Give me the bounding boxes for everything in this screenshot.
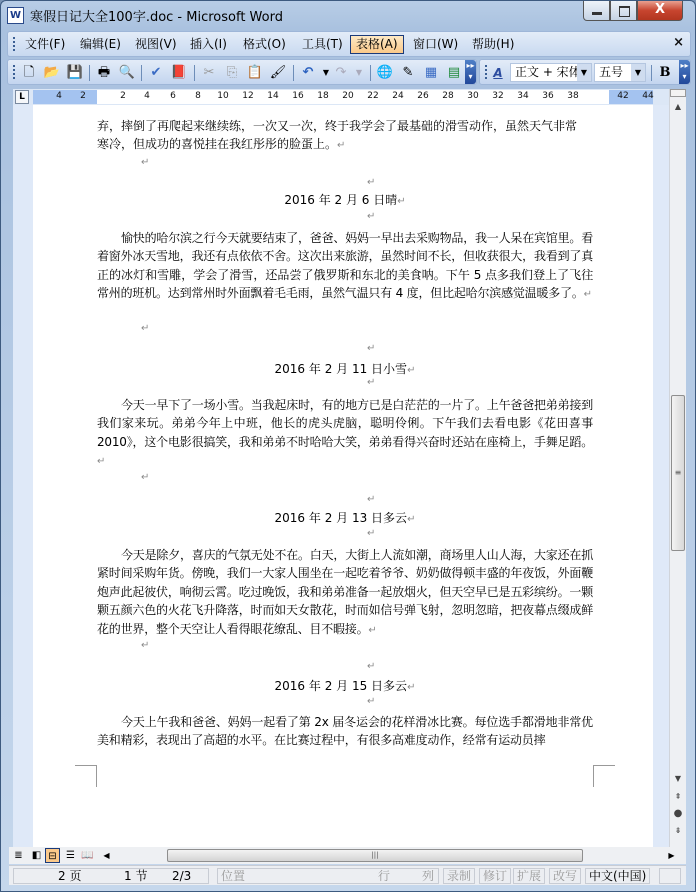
line-label: 行 (378, 869, 390, 883)
status-page-section: 2 页 1 节 2/3 (13, 868, 209, 884)
save-icon[interactable]: 💾 (66, 64, 84, 82)
menu-help[interactable]: 帮助(H) (467, 35, 519, 54)
paragraph-mark: ↵ (367, 377, 375, 388)
formatting-toolbar: A 正文 + 宋体 ▼ 五号 ▼ B ▸▸▾ (479, 59, 691, 85)
diary-paragraph: 今天是除夕，喜庆的气氛无处不在。白天，大街上人流如潮，商场里人山人海，大家还在抓… (97, 546, 593, 640)
vertical-scrollbar[interactable]: ▲ ≡ ▼ ⇞ ● ⇟ (669, 89, 686, 847)
horizontal-scrollbar[interactable]: ||| (159, 849, 669, 862)
undo-icon[interactable]: ↶ (299, 64, 317, 82)
paragraph-mark: ↵ (367, 177, 375, 188)
format-painter-icon[interactable]: 🖌 (269, 64, 287, 82)
chevron-down-icon[interactable]: ▼ (631, 64, 645, 81)
paste-icon[interactable]: 📋 (246, 64, 264, 82)
status-record[interactable]: 录制 (443, 868, 475, 884)
ruler-number: 28 (442, 91, 453, 101)
ruler-number: 24 (392, 91, 403, 101)
style-combo[interactable]: 正文 + 宋体 ▼ (510, 63, 592, 82)
standard-toolbar: 🗋 📂 💾 🖶 🔍 ✔ 📕 ✂ ⎘ 📋 🖌 ↶ ▼ ↷ ▼ 🌐 ✎ ▦ ▤ ▸▸… (7, 59, 477, 85)
minimize-button[interactable] (583, 1, 610, 21)
paragraph-mark: ↵ (407, 514, 415, 525)
diary-date-heading: 2016 年 2 月 15 日多云↵ (97, 677, 593, 697)
ruler-number: 26 (417, 91, 428, 101)
heading-text: 2016 年 2 月 13 日多云 (275, 511, 408, 525)
print-preview-icon[interactable]: 🔍 (118, 64, 136, 82)
ruler-number: 2 (120, 91, 126, 101)
paragraph-mark: ↵ (141, 640, 149, 651)
status-section: 1 节 (124, 869, 147, 883)
ruler-number: 14 (267, 91, 278, 101)
bold-button[interactable]: B (656, 64, 674, 82)
toolbar-separator (89, 65, 90, 81)
insert-excel-icon[interactable]: ▤ (445, 64, 463, 82)
chevron-down-icon[interactable]: ▼ (577, 64, 591, 81)
scrollbar-thumb[interactable]: ≡ (671, 395, 685, 551)
paragraph-mark: ↵ (397, 196, 405, 207)
ruler-number: 22 (367, 91, 378, 101)
browse-object-icon[interactable]: ● (670, 806, 686, 822)
document-area: 弃，摔倒了再爬起来继续练，一次又一次，终于我学会了最基础的滑雪动作，虽然天气非常… (13, 105, 669, 847)
paragraph-mark: ↵ (337, 140, 345, 151)
scroll-down-icon[interactable]: ▼ (670, 771, 686, 787)
ruler-number: 16 (292, 91, 303, 101)
ruler-number: 18 (317, 91, 328, 101)
horizontal-scroll-row: ≣ ◧ ⊟ ☰ 📖 ◀ ||| ▶ (9, 847, 686, 864)
toolbar-options-icon[interactable]: ▸▸▾ (465, 60, 476, 84)
paragraph-continuation: 弃，摔倒了再爬起来继续练，一次又一次，终于我学会了最基础的滑雪动作，虽然天气非常… (97, 117, 593, 156)
ruler-number: 20 (342, 91, 353, 101)
toolbar-separator (141, 65, 142, 81)
split-box[interactable] (670, 89, 686, 97)
ruler-number: 2 (80, 91, 86, 101)
diary-paragraph: 今天上午我和爸爸、妈妈一起看了第 2x 届冬运会的花样滑冰比赛。每位选手都滑地非… (97, 713, 593, 750)
font-size-value: 五号 (599, 65, 623, 79)
paragraph-mark: ↵ (367, 343, 375, 354)
open-folder-icon[interactable]: 📂 (43, 64, 61, 82)
scroll-up-icon[interactable]: ▲ (670, 99, 686, 115)
print-layout-view-icon[interactable]: ⊟ (45, 848, 60, 863)
title-bar: W 寒假日记大全100字.doc - Microsoft Word X (1, 1, 695, 31)
next-page-icon[interactable]: ⇟ (670, 823, 686, 839)
print-icon[interactable]: 🖶 (95, 64, 113, 82)
spelling-check-icon[interactable]: ✔ (147, 64, 165, 82)
paragraph-mark: ↵ (368, 625, 376, 636)
diary-paragraph: 愉快的哈尔滨之行今天就要结束了，爸爸、妈妈一早出去采购物品，我一人呆在宾馆里。看… (97, 229, 593, 305)
scrollbar-thumb[interactable]: ||| (167, 849, 583, 862)
diary-paragraph: 今天一早下了一场小雪。当我起床时，有的地方已是白茫茫的一片了。上午爸爸把弟弟接到… (97, 396, 593, 472)
styles-icon[interactable]: A (489, 64, 507, 82)
paragraph-mark: ↵ (367, 211, 375, 222)
paragraph-mark: ↵ (367, 528, 375, 539)
ruler-track[interactable]: 4 2 2 4 6 8 10 12 14 16 18 20 22 24 26 2… (33, 90, 653, 104)
paragraph-mark: ↵ (584, 289, 592, 300)
paragraph-mark: ↵ (141, 323, 149, 334)
paragraph-text: 今天一早下了一场小雪。当我起床时，有的地方已是白茫茫的一片了。上午爸爸把弟弟接到… (97, 398, 593, 449)
heading-text: 2016 年 2 月 15 日多云 (275, 679, 408, 693)
paragraph-mark: ↵ (97, 456, 105, 467)
menu-edit[interactable]: 编辑(E) (75, 35, 126, 54)
ruler-number: 4 (56, 91, 62, 101)
insert-table-icon[interactable]: ▦ (422, 64, 440, 82)
status-overtype[interactable]: 改写 (549, 868, 581, 884)
ruler-number: 34 (517, 91, 528, 101)
document-close-button[interactable]: × (673, 35, 684, 50)
heading-text: 2016 年 2 月 11 日小雪 (275, 362, 408, 376)
paragraph-mark: ↵ (407, 682, 415, 693)
status-page: 2 页 (58, 869, 81, 883)
new-document-icon[interactable]: 🗋 (20, 64, 38, 82)
toolbar-separator (293, 65, 294, 81)
toolbar-grip[interactable] (13, 37, 15, 53)
toolbar-grip[interactable] (13, 65, 15, 81)
paragraph-mark: ↵ (141, 157, 149, 168)
menu-insert[interactable]: 插入(I) (185, 35, 232, 54)
paragraph-mark: ↵ (367, 494, 375, 505)
research-icon[interactable]: 📕 (170, 64, 188, 82)
font-size-combo[interactable]: 五号 ▼ (594, 63, 646, 82)
ruler-number: 44 (642, 91, 653, 101)
ruler-number: 32 (492, 91, 503, 101)
paragraph-text: 今天是除夕，喜庆的气氛无处不在。白天，大街上人流如潮，商场里人山人海，大家还在抓… (97, 548, 593, 636)
style-value: 正文 + 宋体 (515, 65, 581, 79)
copy-icon[interactable]: ⎘ (223, 64, 241, 82)
ruler-number: 4 (144, 91, 150, 101)
redo-icon[interactable]: ↷ (332, 64, 350, 82)
toolbar-grip[interactable] (485, 65, 487, 81)
tables-borders-icon[interactable]: ✎ (399, 64, 417, 82)
text-line: 弃，摔倒了再爬起来继续练，一次又一次，终于我学会了最基础的滑雪动作，虽然天气非常 (97, 117, 593, 135)
menu-table[interactable]: 表格(A) (350, 35, 404, 54)
menu-tools[interactable]: 工具(T) (297, 35, 348, 54)
scroll-right-icon[interactable]: ▶ (664, 848, 679, 863)
status-extend[interactable]: 扩展 (513, 868, 545, 884)
reading-layout-view-icon[interactable]: 📖 (80, 848, 95, 863)
horizontal-ruler: L 4 2 2 4 6 8 10 12 14 16 18 20 22 24 26… (13, 89, 669, 105)
menu-bar: 文件(F) 编辑(E) 视图(V) 插入(I) 格式(O) 工具(T) 表格(A… (7, 31, 691, 57)
diary-date-heading: 2016 年 2 月 13 日多云↵ (97, 509, 593, 529)
menu-view[interactable]: 视图(V) (130, 35, 182, 54)
column-label: 列 (422, 869, 434, 883)
cut-icon[interactable]: ✂ (200, 64, 218, 82)
diary-date-heading: 2016 年 2 月 6 日晴↵ (97, 191, 593, 211)
word-icon[interactable]: W (7, 7, 24, 24)
outline-view-icon[interactable]: ☰ (63, 848, 78, 863)
tab-selector[interactable]: L (15, 90, 29, 104)
ruler-number: 36 (542, 91, 553, 101)
status-position: 位置 行 列 (217, 868, 439, 884)
hyperlink-icon[interactable]: 🌐 (376, 64, 394, 82)
ruler-number: 12 (242, 91, 253, 101)
ruler-number: 6 (170, 91, 176, 101)
resize-grip[interactable] (659, 868, 681, 884)
paragraph-mark: ↵ (367, 661, 375, 672)
paragraph-text: 愉快的哈尔滨之行今天就要结束了，爸爸、妈妈一早出去采购物品，我一人呆在宾馆里。看… (97, 231, 593, 300)
close-button[interactable]: X (637, 1, 683, 21)
ruler-number: 30 (467, 91, 478, 101)
paragraph-text: 今天上午我和爸爸、妈妈一起看了第 2x 届冬运会的花样滑冰比赛。每位选手都滑地非… (97, 715, 593, 747)
word-window: W 寒假日记大全100字.doc - Microsoft Word X 文件(F… (0, 0, 696, 892)
menu-window[interactable]: 窗口(W) (408, 35, 463, 54)
scroll-left-icon[interactable]: ◀ (99, 848, 114, 863)
menu-file[interactable]: 文件(F) (20, 35, 70, 54)
position-label: 位置 (221, 869, 245, 883)
status-language[interactable]: 中文(中国) (585, 868, 650, 884)
normal-view-icon[interactable]: ≣ (11, 848, 26, 863)
previous-page-icon[interactable]: ⇞ (670, 789, 686, 805)
page-margin-corner (75, 765, 97, 787)
ruler-number: 8 (195, 91, 201, 101)
toolbar-separator (370, 65, 371, 81)
toolbar-options-icon[interactable]: ▸▸▾ (679, 60, 690, 84)
menu-format[interactable]: 格式(O) (238, 35, 291, 54)
document-page[interactable]: 弃，摔倒了再爬起来继续练，一次又一次，终于我学会了最基础的滑雪动作，虽然天气非常… (33, 105, 653, 847)
text-line: 寒冷，但成功的喜悦挂在我红彤彤的脸蛋上。 (97, 137, 337, 151)
paragraph-mark: ↵ (407, 365, 415, 376)
heading-text: 2016 年 2 月 6 日晴 (284, 193, 397, 207)
status-bar: 2 页 1 节 2/3 位置 行 列 录制 修订 扩展 改写 中文(中国) (9, 865, 686, 885)
page-margin-corner (593, 765, 615, 787)
window-title: 寒假日记大全100字.doc - Microsoft Word (30, 6, 283, 25)
status-page-of: 2/3 (172, 869, 191, 883)
paragraph-mark: ↵ (367, 696, 375, 707)
paragraph-mark: ↵ (141, 472, 149, 483)
toolbar-separator (194, 65, 195, 81)
ruler-number: 38 (567, 91, 578, 101)
toolbar-separator (651, 65, 652, 81)
redo-dropdown-icon[interactable]: ▼ (350, 64, 368, 82)
diary-date-heading: 2016 年 2 月 11 日小雪↵ (97, 360, 593, 380)
web-layout-view-icon[interactable]: ◧ (29, 848, 44, 863)
maximize-button[interactable] (610, 1, 637, 21)
ruler-number: 42 (617, 91, 628, 101)
status-revisions[interactable]: 修订 (479, 868, 511, 884)
ruler-number: 10 (217, 91, 228, 101)
